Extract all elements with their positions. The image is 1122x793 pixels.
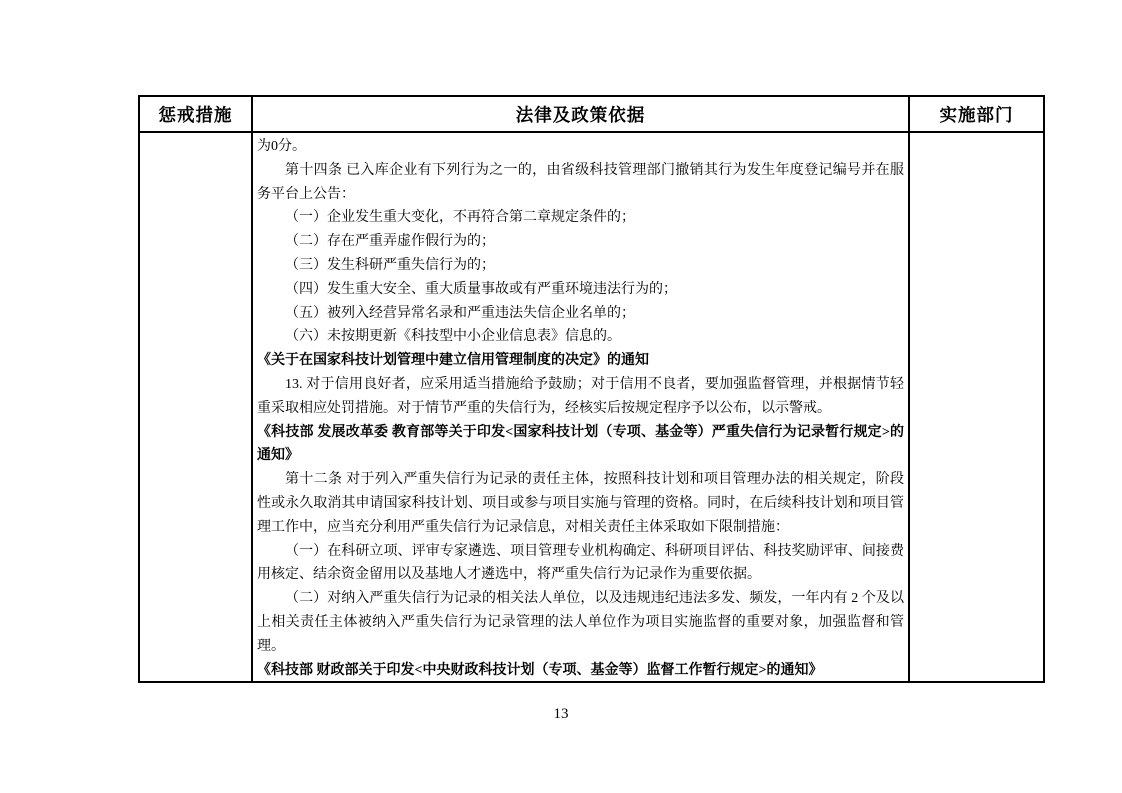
implementing-department-cell — [910, 133, 1043, 681]
document-heading: 《科技部 发展改革委 教育部等关于印发<国家科技计划（专项、基金等）严重失信行为… — [257, 421, 904, 469]
document-paragraph: 13. 对于信用良好者，应采用适当措施给予鼓励；对于信用不良者，要加强监督管理，… — [257, 373, 904, 421]
column-header-legal-policy-basis: 法律及政策依据 — [253, 97, 910, 133]
document-paragraph: （五）被列入经营异常名录和严重违法失信企业名单的； — [257, 302, 904, 326]
legal-basis-table: 惩戒措施 法律及政策依据 实施部门 为0分。第十四条 已入库企业有下列行为之一的… — [138, 95, 1045, 683]
document-paragraph: （四）发生重大安全、重大质量事故或有严重环境违法行为的； — [257, 278, 904, 302]
page-number: 13 — [0, 706, 1122, 723]
column-header-implementing-department: 实施部门 — [910, 97, 1043, 133]
document-paragraph: 第十四条 已入库企业有下列行为之一的，由省级科技管理部门撤销其行为发生年度登记编… — [257, 159, 904, 207]
document-paragraph: 第十二条 对于列入严重失信行为记录的责任主体，按照科技计划和项目管理办法的相关规… — [257, 468, 904, 539]
document-paragraph: （一）企业发生重大变化，不再符合第二章规定条件的； — [257, 206, 904, 230]
document-paragraph: （三）发生科研严重失信行为的； — [257, 254, 904, 278]
document-heading: 《科技部 财政部关于印发<中央财政科技计划（专项、基金等）监督工作暂行规定>的通… — [257, 659, 904, 681]
document-paragraph: （六）未按期更新《科技型中小企业信息表》信息的。 — [257, 325, 904, 349]
legal-policy-basis-cell: 为0分。第十四条 已入库企业有下列行为之一的，由省级科技管理部门撤销其行为发生年… — [253, 133, 910, 681]
document-page: 惩戒措施 法律及政策依据 实施部门 为0分。第十四条 已入库企业有下列行为之一的… — [0, 0, 1122, 793]
document-paragraph: （二）对纳入严重失信行为记录的相关法人单位，以及违规违纪违法多发、频发，一年内有… — [257, 587, 904, 658]
document-paragraph: 为0分。 — [257, 135, 904, 159]
column-header-punishment-measures: 惩戒措施 — [140, 97, 253, 133]
document-paragraph: （一）在科研立项、评审专家遴选、项目管理专业机构确定、科研项目评估、科技奖励评审… — [257, 540, 904, 588]
punishment-measures-cell — [140, 133, 253, 681]
document-heading: 《关于在国家科技计划管理中建立信用管理制度的决定》的通知 — [257, 349, 904, 373]
document-paragraph: （二）存在严重弄虚作假行为的； — [257, 230, 904, 254]
